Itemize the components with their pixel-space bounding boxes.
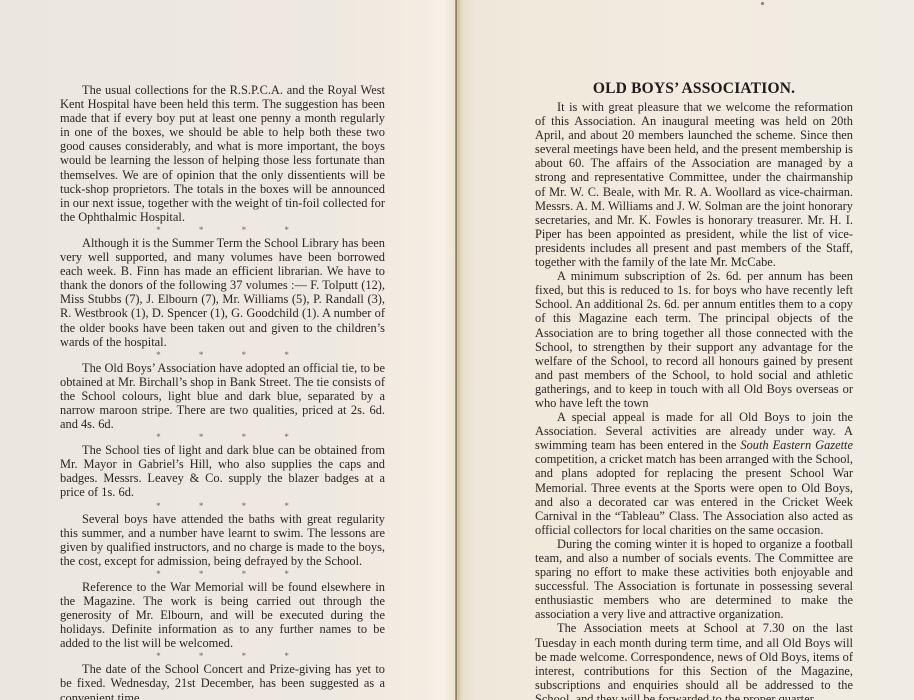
left-page: The usual collections for the R.S.P.C.A.… <box>0 0 457 700</box>
right-page: OLD BOYS’ ASSOCIATION. It is with great … <box>457 0 914 700</box>
paragraph-association-reformation: It is with great pleasure that we welcom… <box>535 100 853 269</box>
appeal-text-end: competition, a cricket match has been ar… <box>535 452 853 536</box>
paragraph-swimming: Several boys have attended the baths wit… <box>60 512 385 568</box>
section-separator: * * * * <box>60 224 385 236</box>
magazine-spread: The usual collections for the R.S.P.C.A.… <box>0 0 914 700</box>
paragraph-meetings: The Association meets at School at 7.30 … <box>535 621 853 700</box>
section-separator: * * * * <box>60 568 385 580</box>
right-page-column: OLD BOYS’ ASSOCIATION. It is with great … <box>535 80 853 700</box>
section-separator: * * * * <box>60 349 385 361</box>
paragraph-subscription: A minimum subscription of 2s. 6d. per an… <box>535 269 853 410</box>
paragraph-school-library: Although it is the Summer Term the Schoo… <box>60 236 385 349</box>
paragraph-school-ties: The School ties of light and dark blue c… <box>60 443 385 499</box>
paragraph-concert-prize-giving: The date of the School Concert and Prize… <box>60 662 385 700</box>
section-separator: * * * * <box>60 650 385 662</box>
section-title: OLD BOYS’ ASSOCIATION. <box>535 80 853 98</box>
section-separator: * * * * <box>60 500 385 512</box>
left-page-column: The usual collections for the R.S.P.C.A.… <box>60 83 385 700</box>
paragraph-winter-plans: During the coming winter it is hoped to … <box>535 537 853 622</box>
print-speck <box>761 2 764 5</box>
paragraph-official-tie: The Old Boys’ Association have adopted a… <box>60 361 385 431</box>
newspaper-name: South Eastern Gazette <box>740 438 853 452</box>
section-separator: * * * * <box>60 431 385 443</box>
paragraph-war-memorial: Reference to the War Memorial will be fo… <box>60 580 385 650</box>
paragraph-charity-collections: The usual collections for the R.S.P.C.A.… <box>60 83 385 224</box>
paragraph-special-appeal: A special appeal is made for all Old Boy… <box>535 410 853 537</box>
